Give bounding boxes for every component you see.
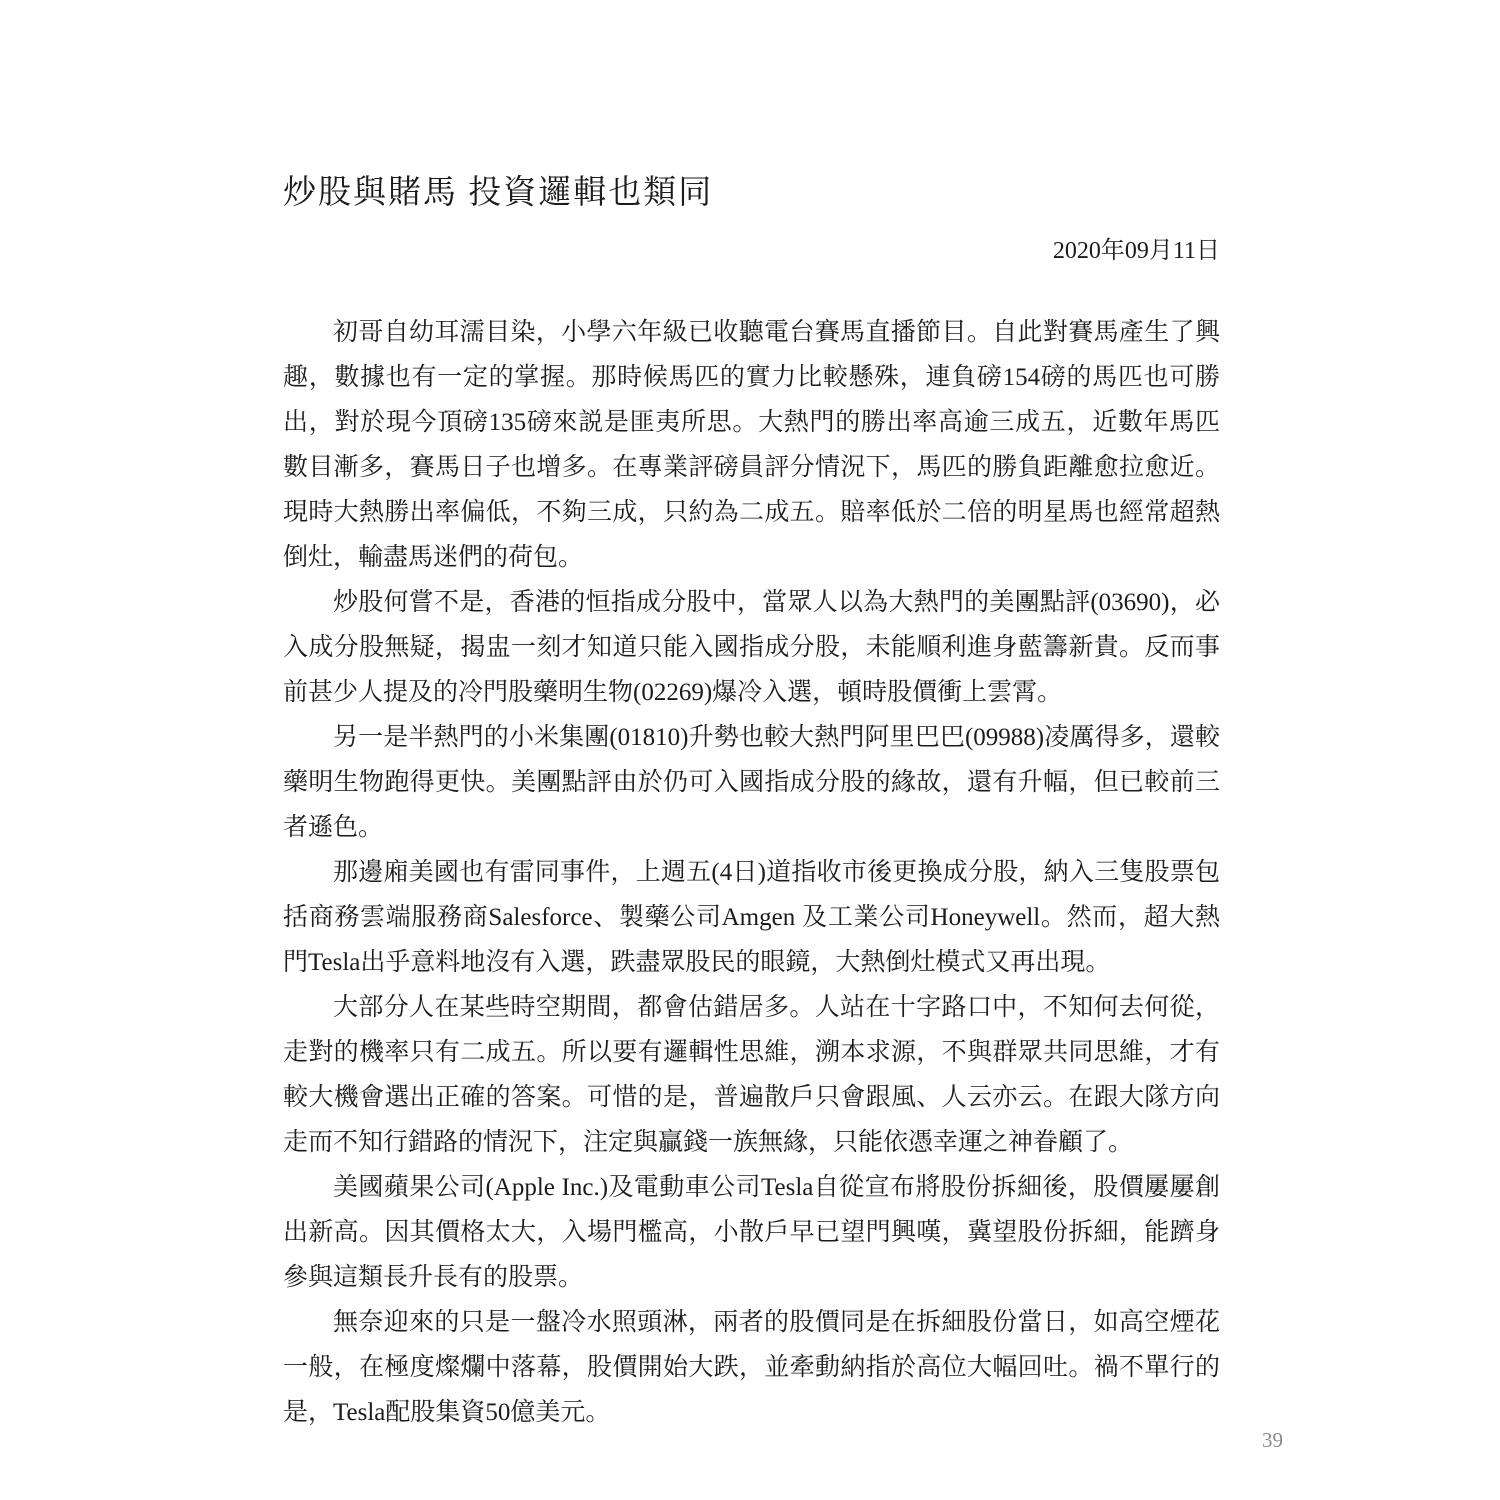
paragraph: 另一是半熱門的小米集團(01810)升勢也較大熱門阿里巴巴(09988)凌厲得多… <box>283 715 1220 850</box>
paragraph: 那邊廂美國也有雷同事件，上週五(4日)道指收市後更換成分股，納入三隻股票包括商務… <box>283 850 1220 985</box>
article-title: 炒股與賭馬 投資邏輯也類同 <box>283 166 713 213</box>
paragraph: 初哥自幼耳濡目染，小學六年級已收聽電台賽馬直播節目。自此對賽馬產生了興趣，數據也… <box>283 310 1220 580</box>
document-page: 炒股與賭馬 投資邏輯也類同 2020年09月11日 初哥自幼耳濡目染，小學六年級… <box>0 0 1500 1500</box>
paragraph: 炒股何嘗不是，香港的恒指成分股中，當眾人以為大熱門的美團點評(03690)，必入… <box>283 580 1220 715</box>
paragraph: 無奈迎來的只是一盤冷水照頭淋，兩者的股價同是在拆細股份當日，如高空煙花一般，在極… <box>283 1300 1220 1435</box>
article-date: 2020年09月11日 <box>283 230 1220 265</box>
page-number: 39 <box>1262 1428 1283 1453</box>
paragraph: 美國蘋果公司(Apple Inc.)及電動車公司Tesla自從宣布將股份拆細後，… <box>283 1165 1220 1300</box>
paragraph: 大部分人在某些時空期間，都會估錯居多。人站在十字路口中，不知何去何從，走對的機率… <box>283 985 1220 1165</box>
article-body: 初哥自幼耳濡目染，小學六年級已收聽電台賽馬直播節目。自此對賽馬產生了興趣，數據也… <box>283 310 1220 1435</box>
